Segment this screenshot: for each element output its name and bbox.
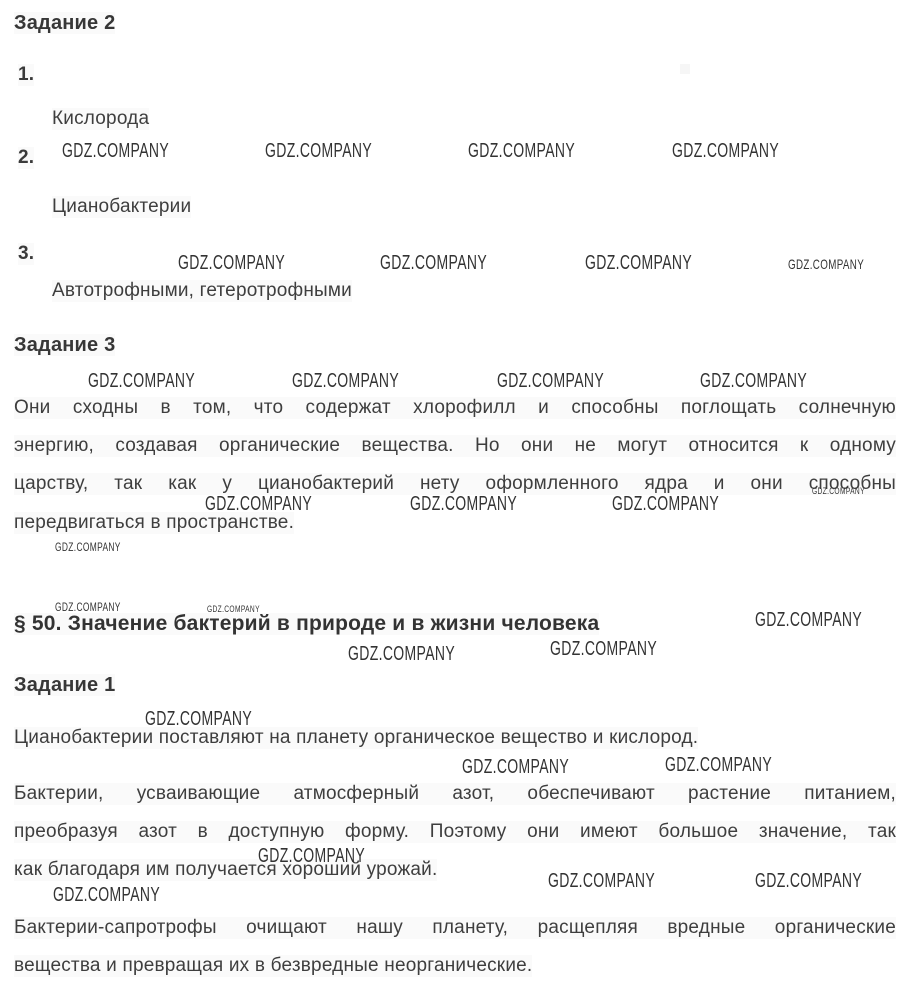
chapter50-heading: § 50. Значение бактерий в природе и в жи… [14,613,599,635]
task2-heading: Задание 2 [14,12,115,34]
task1-paragraph2-line: Бактерии, усваивающие атмосферный азот, … [14,783,896,805]
watermark-text: GDZ.COMPANY [548,871,655,891]
task2-item3-answer: Автотрофными, гетеротрофными [52,280,352,302]
task2-item2-number: 2. [18,147,34,169]
watermark-text: GDZ.COMPANY [348,644,455,664]
task1-paragraph2-line: преобразуя азот в доступную форму. Поэто… [14,821,896,843]
task2-item2-answer: Цианобактерии [52,196,191,218]
task3-answer-line: Они сходны в том, что содержат хлорофилл… [14,397,896,419]
watermark-text: GDZ.COMPANY [755,871,862,891]
watermark-text: GDZ.COMPANY [380,253,487,273]
watermark-text: GDZ.COMPANY [700,371,807,391]
task2-item3-number: 3. [18,243,34,265]
task3-answer-line: энергию, создавая органические вещества.… [14,435,896,457]
watermark-text: GDZ.COMPANY [178,253,285,273]
watermark-text: GDZ.COMPANY [468,141,575,161]
watermark-text: GDZ.COMPANY [672,141,779,161]
task1-paragraph2-line: как благодаря им получается хороший урож… [14,859,437,881]
task3-answer-line: царству, так как у цианобактерий нету оф… [14,473,896,495]
watermark-text: GDZ.COMPANY [205,494,312,514]
watermark-text: GDZ.COMPANY [53,885,160,905]
watermark-text: GDZ.COMPANY [665,755,772,775]
task2-item1-number: 1. [18,64,34,86]
watermark-text: GDZ.COMPANY [145,709,252,729]
task1-paragraph3-line: вещества и превращая их в безвредные нео… [14,955,532,977]
watermark-text: GDZ.COMPANY [62,141,169,161]
watermark-text: GDZ.COMPANY [55,541,121,553]
task1-paragraph1: Цианобактерии поставляют на планету орга… [14,727,698,749]
watermark-text: GDZ.COMPANY [612,494,719,514]
watermark-text: GDZ.COMPANY [755,610,862,630]
task3-heading: Задание 3 [14,334,115,356]
watermark-text: GDZ.COMPANY [788,257,864,271]
scan-artifact [680,64,690,74]
watermark-text: GDZ.COMPANY [88,371,195,391]
task3-answer-line: передвигаться в пространстве. [14,512,294,534]
watermark-text: GDZ.COMPANY [462,757,569,777]
task1-paragraph3-line: Бактерии-сапротрофы очищают нашу планету… [14,917,896,939]
watermark-text: GDZ.COMPANY [207,605,260,615]
task2-item1-answer: Кислорода [52,108,149,130]
task1-heading: Задание 1 [14,674,115,696]
document-page: Задание 2 1. Кислорода 2. Цианобактерии … [0,0,910,991]
watermark-text: GDZ.COMPANY [292,371,399,391]
watermark-text: GDZ.COMPANY [585,253,692,273]
watermark-text: GDZ.COMPANY [550,639,657,659]
watermark-text: GDZ.COMPANY [497,371,604,391]
watermark-text: GDZ.COMPANY [55,601,121,613]
watermark-text: GDZ.COMPANY [812,487,865,497]
watermark-text: GDZ.COMPANY [258,846,365,866]
watermark-text: GDZ.COMPANY [410,494,517,514]
watermark-text: GDZ.COMPANY [265,141,372,161]
